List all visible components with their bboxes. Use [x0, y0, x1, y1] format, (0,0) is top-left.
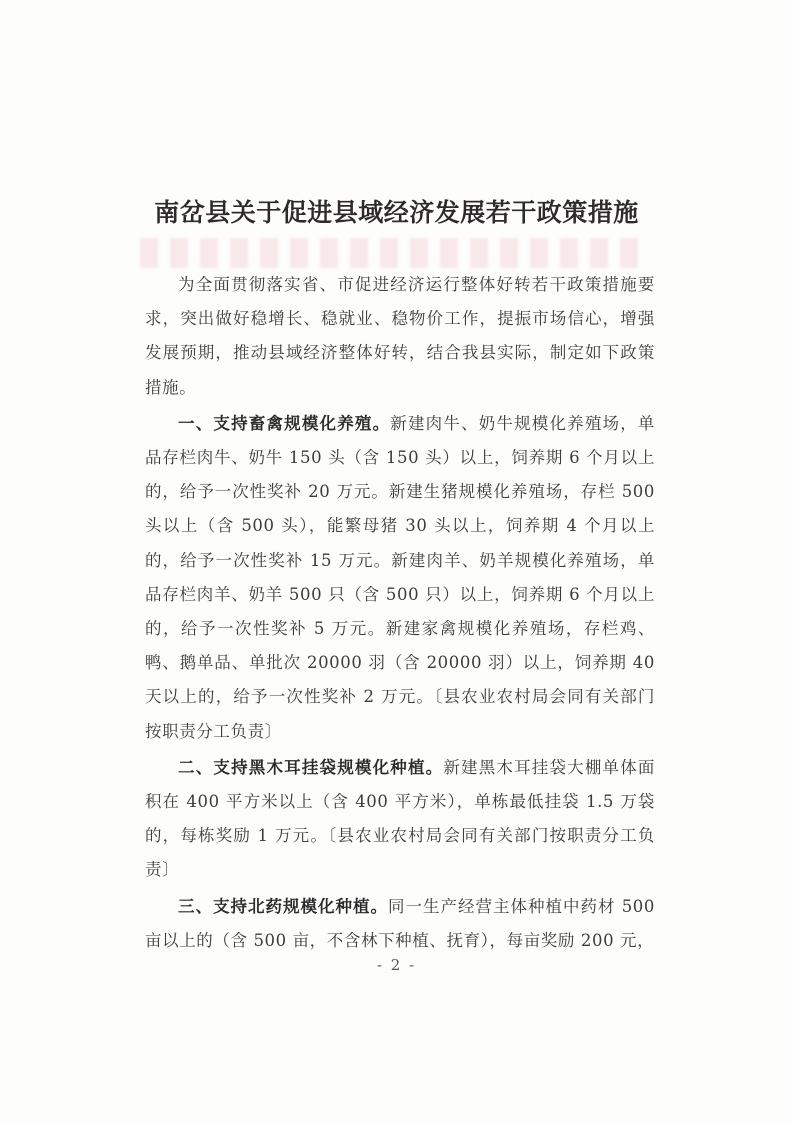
section-1-heading: 一、支持畜禽规模化养殖。 [178, 414, 390, 433]
document-page: 南岔县关于促进县域经济发展若干政策措施 为全面贯彻落实省、市促进经济运行整体好转… [0, 0, 793, 1122]
section-2-heading: 二、支持黑木耳挂袋规模化种植。 [178, 758, 443, 777]
section-1: 一、支持畜禽规模化养殖。新建肉牛、奶牛规模化养殖场，单品存栏肉牛、奶牛 150 … [145, 407, 655, 749]
section-3: 三、支持北药规模化种植。同一生产经营主体种植中药材 500 亩以上的（含 500… [145, 890, 655, 958]
reverse-side-stamp-bleed [140, 238, 640, 268]
section-1-text: 新建肉牛、奶牛规模化养殖场，单品存栏肉牛、奶牛 150 头（含 150 头）以上… [145, 414, 655, 741]
section-2: 二、支持黑木耳挂袋规模化种植。新建黑木耳挂袋大棚单体面积在 400 平方米以上（… [145, 751, 655, 888]
page-number: - 2 - [0, 956, 793, 974]
section-3-heading: 三、支持北药规模化种植。 [178, 897, 388, 916]
document-body: 为全面贯彻落实省、市促进经济运行整体好转若干政策措施要求，突出做好稳增长、稳就业… [145, 268, 655, 958]
intro-paragraph: 为全面贯彻落实省、市促进经济运行整体好转若干政策措施要求，突出做好稳增长、稳就业… [145, 268, 655, 405]
document-title: 南岔县关于促进县域经济发展若干政策措施 [0, 193, 793, 229]
